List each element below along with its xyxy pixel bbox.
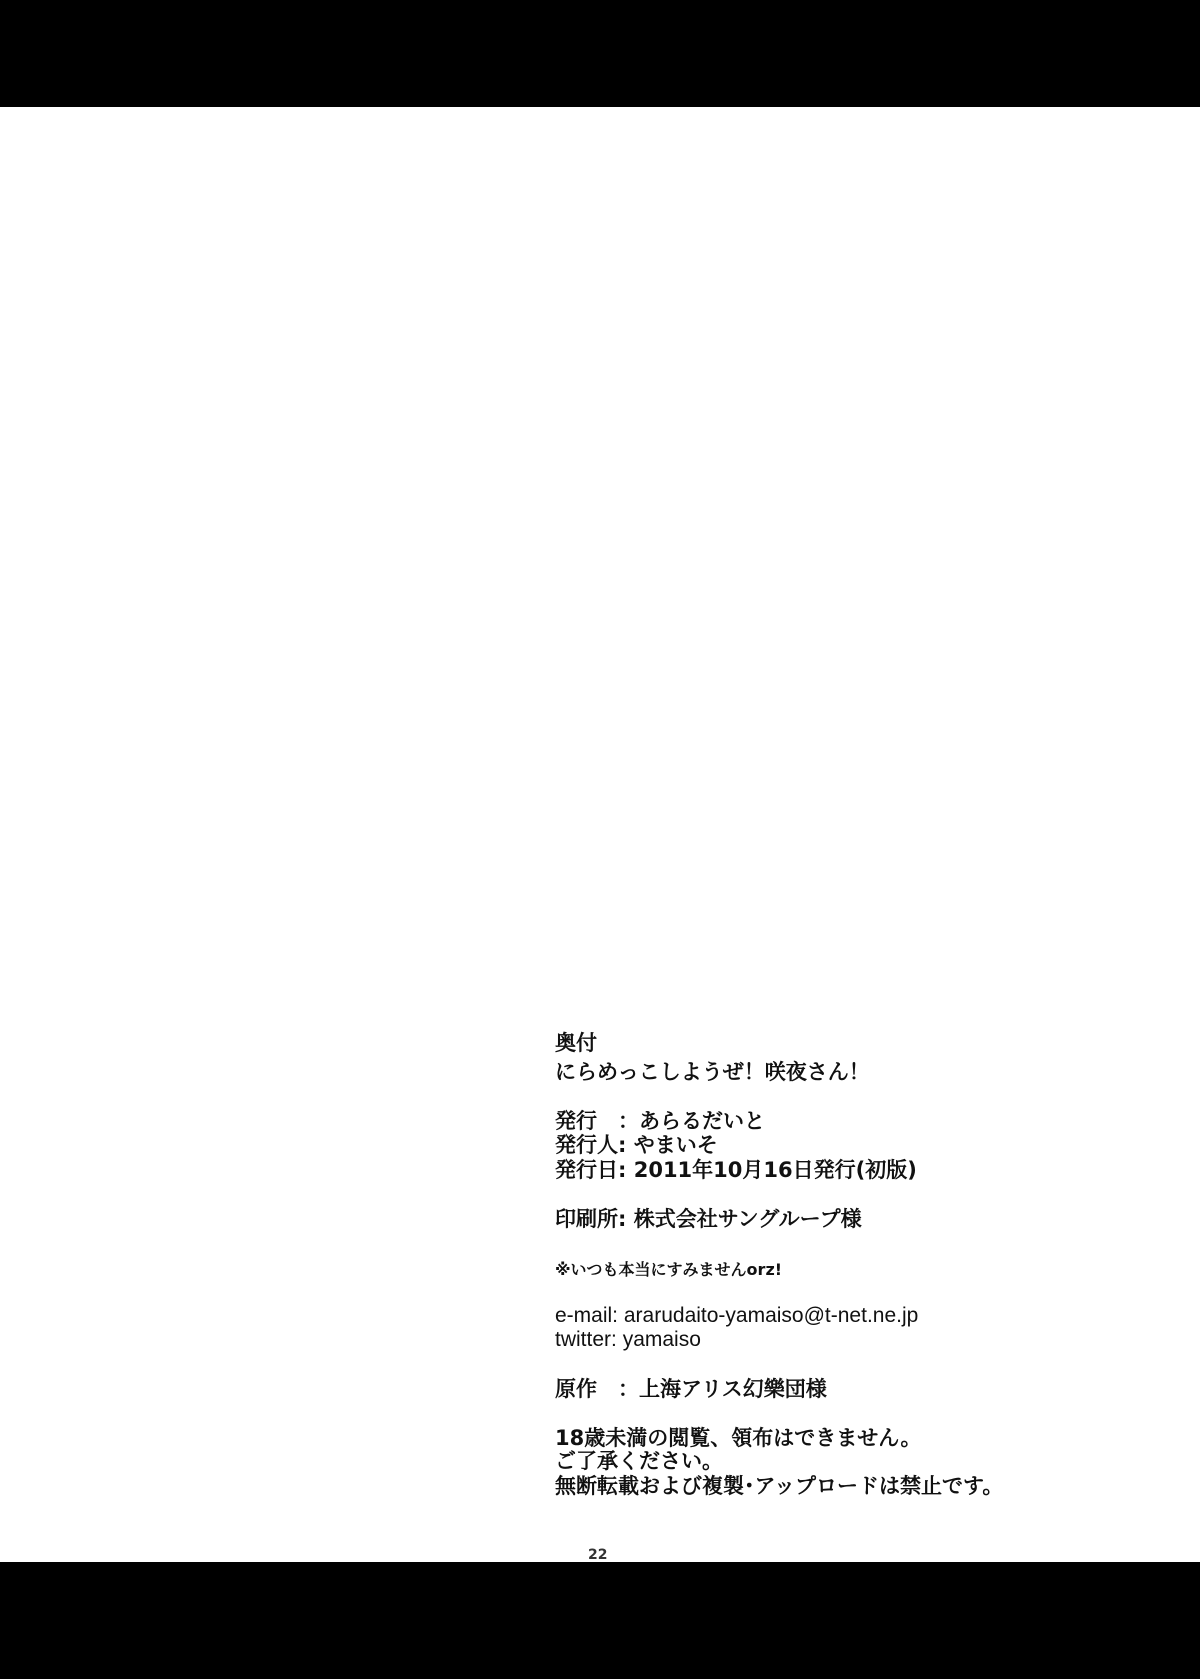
email-line: e-mail: ararudaito-yamaiso@t-net.ne.jp — [555, 1304, 918, 1328]
issuer-line: 発行人: やまいそ — [555, 1133, 718, 1157]
date-line: 発行日: 2011年10月16日発行(初版) — [555, 1158, 917, 1182]
printer-line: 印刷所: 株式会社サングループ様 — [555, 1207, 862, 1231]
twitter-value: yamaiso — [623, 1328, 701, 1351]
original-work-line: 原作 ：上海アリス幻樂団様 — [555, 1377, 827, 1401]
email-label: e-mail: — [555, 1304, 624, 1327]
date-value: 2011年10月16日発行(初版) — [634, 1158, 917, 1182]
printer-value: 株式会社サングループ様 — [634, 1207, 862, 1231]
publisher-label: 発行 ： — [555, 1109, 639, 1133]
top-letterbox-bar — [0, 0, 1200, 107]
colophon-heading: 奥付 — [555, 1031, 597, 1055]
email-value: ararudaito-yamaiso@t-net.ne.jp — [624, 1304, 918, 1327]
apology-note: ※いつも本当にすみませんorz! — [555, 1258, 782, 1282]
issuer-label: 発行人: — [555, 1133, 634, 1157]
printer-label: 印刷所: — [555, 1207, 634, 1231]
reproduction-notice: 無断転載および複製･アップロードは禁止です。 — [555, 1474, 1003, 1498]
twitter-label: twitter: — [555, 1328, 623, 1351]
publisher-line: 発行 ：あらるだいと — [555, 1109, 765, 1133]
twitter-line: twitter: yamaiso — [555, 1328, 701, 1352]
page-number: 22 — [588, 1547, 607, 1563]
acknowledge-notice: ご了承ください。 — [555, 1449, 723, 1473]
book-title: にらめっこしようぜ！咲夜さん！ — [555, 1060, 870, 1084]
date-label: 発行日: — [555, 1158, 634, 1182]
bottom-letterbox-bar — [0, 1562, 1200, 1679]
publisher-value: あらるだいと — [639, 1109, 765, 1133]
issuer-value: やまいそ — [634, 1133, 718, 1157]
age-notice: 18歳未満の閲覧、領布はできません。 — [555, 1426, 921, 1450]
original-value: 上海アリス幻樂団様 — [639, 1377, 827, 1401]
original-label: 原作 ： — [555, 1377, 639, 1401]
